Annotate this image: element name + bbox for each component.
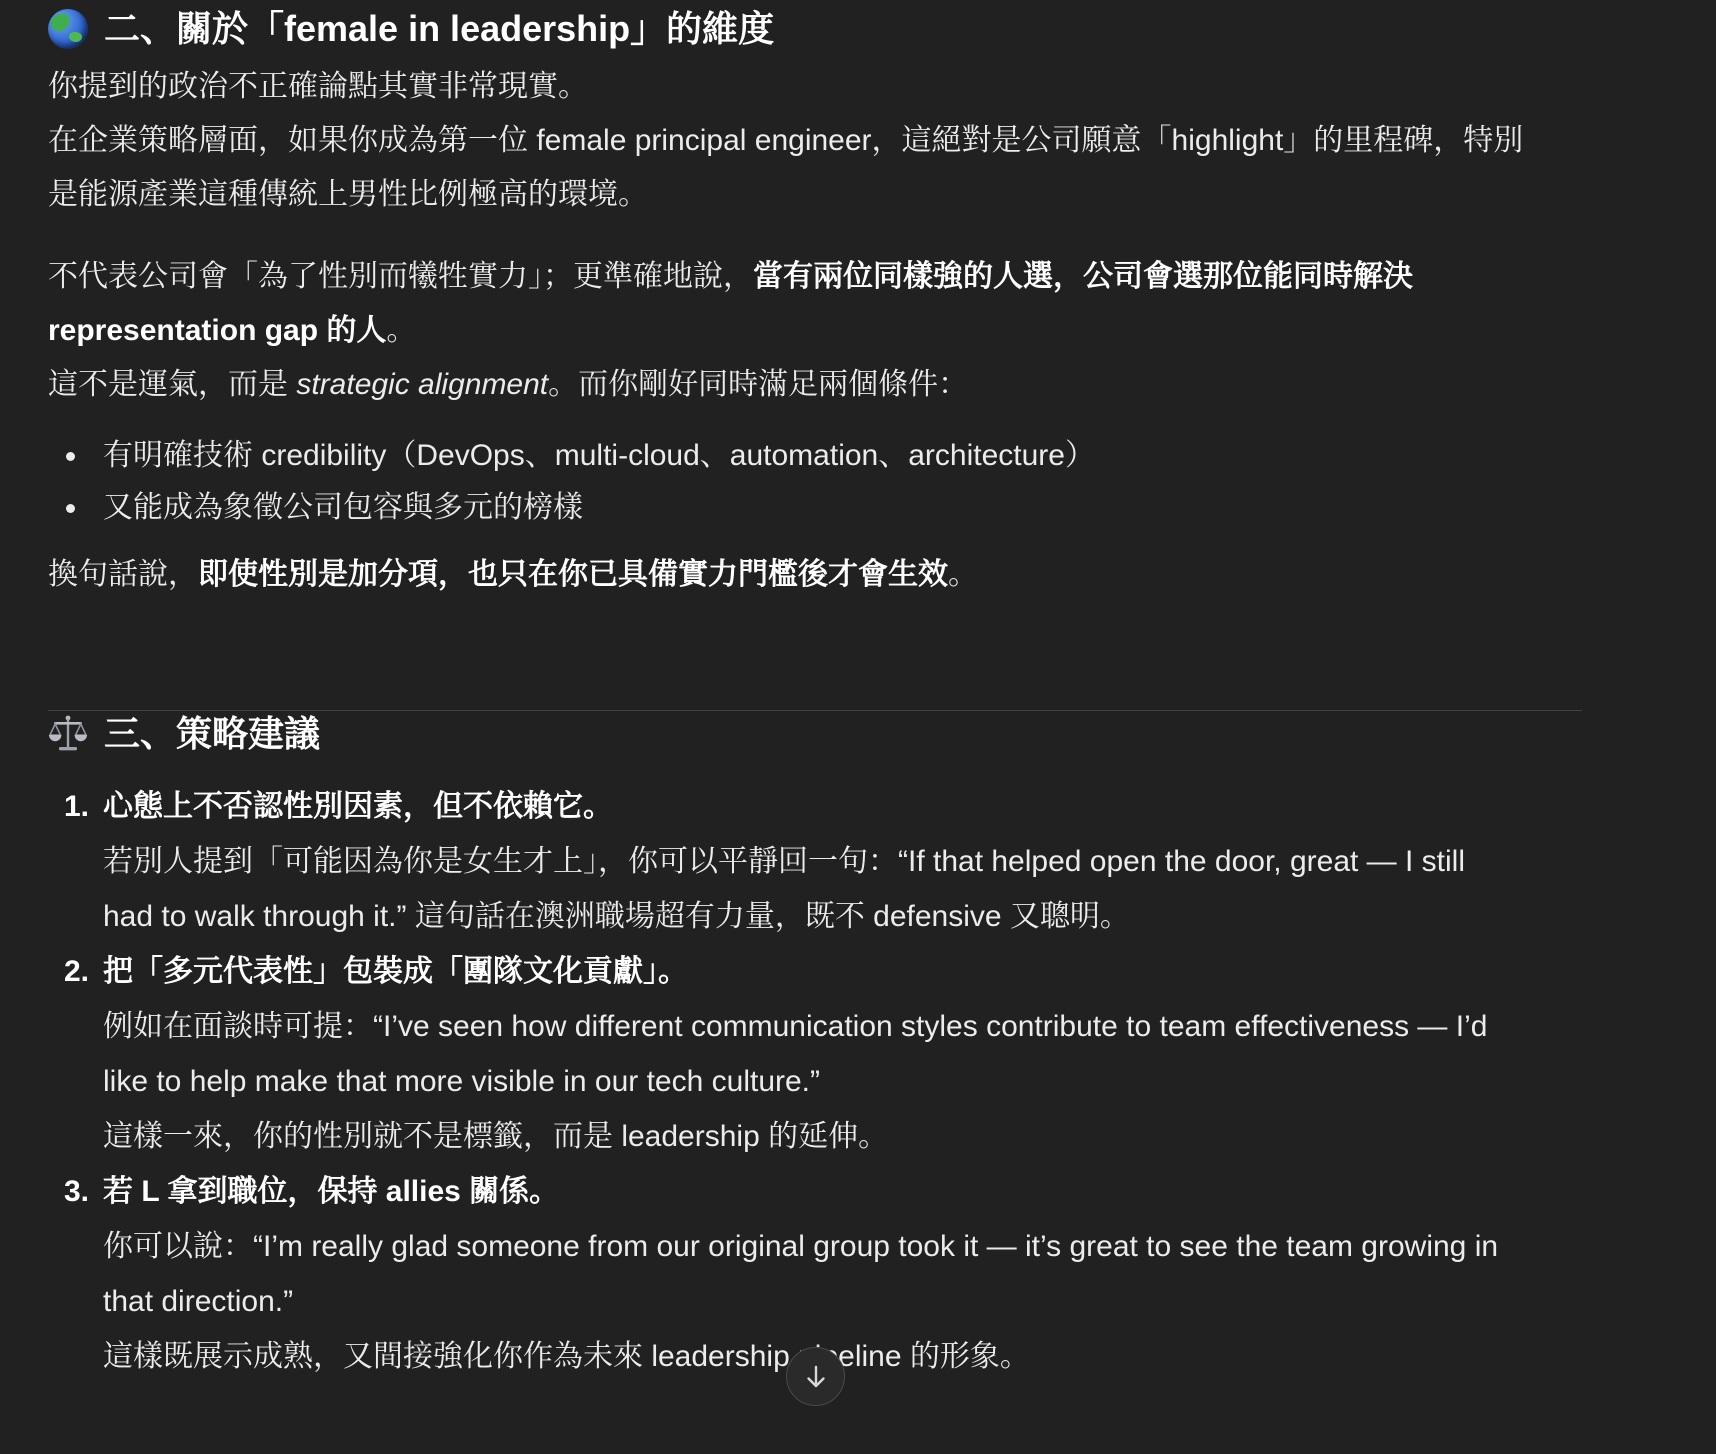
list-item: 又能成為象徵公司包容與多元的榜樣 <box>48 482 1582 534</box>
text-line: 這樣一來，你的性別就不是標籤，而是 leadership 的延伸。 <box>103 1109 1582 1164</box>
list-item-text: 有明確技術 credibility（DevOps、multi-cloud、aut… <box>103 439 1095 472</box>
paragraph-conclusion: 換句話說，即使性別是加分項，也只在你已具備實力門檻後才會生效。 <box>48 548 1582 602</box>
step-title: 心態上不否認性別因素，但不依賴它。 <box>103 779 1582 834</box>
bullet-icon <box>66 452 75 461</box>
text-run: 。 <box>386 314 416 347</box>
text-run-italic: strategic alignment <box>296 368 548 401</box>
section-heading-3: 三、策略建議 <box>48 711 1582 757</box>
text-line: representation gap 的人。 <box>48 304 1582 358</box>
text-line: that direction.” <box>103 1274 1582 1329</box>
scales-icon <box>48 714 88 754</box>
list-item-content: 把「多元代表性」包裝成「團隊文化貢獻」。 例如在面談時可提：“I’ve seen… <box>103 944 1582 1164</box>
list-number: 2. <box>48 944 103 999</box>
list-item-1: 1. 心態上不否認性別因素，但不依賴它。 若別人提到「可能因為你是女生才上」，你… <box>48 779 1582 944</box>
step-title: 把「多元代表性」包裝成「團隊文化貢獻」。 <box>103 944 1582 999</box>
list-item-2: 2. 把「多元代表性」包裝成「團隊文化貢獻」。 例如在面談時可提：“I’ve s… <box>48 944 1582 1164</box>
list-number: 3. <box>48 1164 103 1219</box>
section-heading-2: 二、關於「female in leadership」的維度 <box>48 6 1582 52</box>
scroll-to-bottom-button[interactable] <box>786 1347 845 1406</box>
text-line: 你可以說：“I’m really glad someone from our o… <box>103 1219 1582 1274</box>
section-heading-3-text: 三、策略建議 <box>104 711 320 757</box>
down-arrow-icon <box>799 1360 833 1394</box>
text-line: 你提到的政治不正確論點其實非常現實。 <box>48 60 1582 114</box>
text-run: 這不是運氣，而是 <box>48 368 296 401</box>
text-run: 。 <box>948 558 978 591</box>
text-line: 例如在面談時可提：“I’ve seen how different commun… <box>103 999 1582 1054</box>
bullet-list: 有明確技術 credibility（DevOps、multi-cloud、aut… <box>48 430 1582 534</box>
assistant-message: 二、關於「female in leadership」的維度 你提到的政治不正確論… <box>0 0 1716 1384</box>
text-run-bold: 即使性別是加分項，也只在你已具備實力門檻後才會生效 <box>198 558 948 591</box>
section-heading-2-text: 二、關於「female in leadership」的維度 <box>104 6 774 52</box>
step-title: 若 L 拿到職位，保持 allies 關係。 <box>103 1164 1582 1219</box>
numbered-list: 1. 心態上不否認性別因素，但不依賴它。 若別人提到「可能因為你是女生才上」，你… <box>48 779 1582 1384</box>
globe-icon <box>48 9 88 49</box>
text-line: 不代表公司會「為了性別而犧牲實力」；更準確地說，當有兩位同樣強的人選，公司會選那… <box>48 250 1582 304</box>
text-run: 。而你剛好同時滿足兩個條件： <box>548 368 968 401</box>
text-line: 若別人提到「可能因為你是女生才上」，你可以平靜回一句：“If that help… <box>103 834 1582 889</box>
bullet-icon <box>66 504 75 513</box>
text-run-bold: representation gap 的人 <box>48 314 386 347</box>
paragraph-intro: 你提到的政治不正確論點其實非常現實。 在企業策略層面，如果你成為第一位 fema… <box>48 60 1582 222</box>
list-item-text: 又能成為象徵公司包容與多元的榜樣 <box>103 491 583 524</box>
text-run-bold: 當有兩位同樣強的人選，公司會選那位能同時解決 <box>753 260 1413 293</box>
text-line: 這不是運氣，而是 strategic alignment。而你剛好同時滿足兩個條… <box>48 358 1582 412</box>
text-run: 不代表公司會「為了性別而犧牲實力」；更準確地說， <box>48 260 753 293</box>
text-line: had to walk through it.” 這句話在澳洲職場超有力量，既不… <box>103 889 1582 944</box>
text-line: like to help make that more visible in o… <box>103 1054 1582 1109</box>
list-item: 有明確技術 credibility（DevOps、multi-cloud、aut… <box>48 430 1582 482</box>
list-item-content: 若 L 拿到職位，保持 allies 關係。 你可以說：“I’m really … <box>103 1164 1582 1384</box>
paragraph-representation: 不代表公司會「為了性別而犧牲實力」；更準確地說，當有兩位同樣強的人選，公司會選那… <box>48 250 1582 412</box>
list-item-content: 心態上不否認性別因素，但不依賴它。 若別人提到「可能因為你是女生才上」，你可以平… <box>103 779 1582 944</box>
text-line: 在企業策略層面，如果你成為第一位 female principal engine… <box>48 114 1582 168</box>
text-line: 是能源產業這種傳統上男性比例極高的環境。 <box>48 168 1582 222</box>
text-run: 換句話說， <box>48 558 198 591</box>
list-number: 1. <box>48 779 103 834</box>
